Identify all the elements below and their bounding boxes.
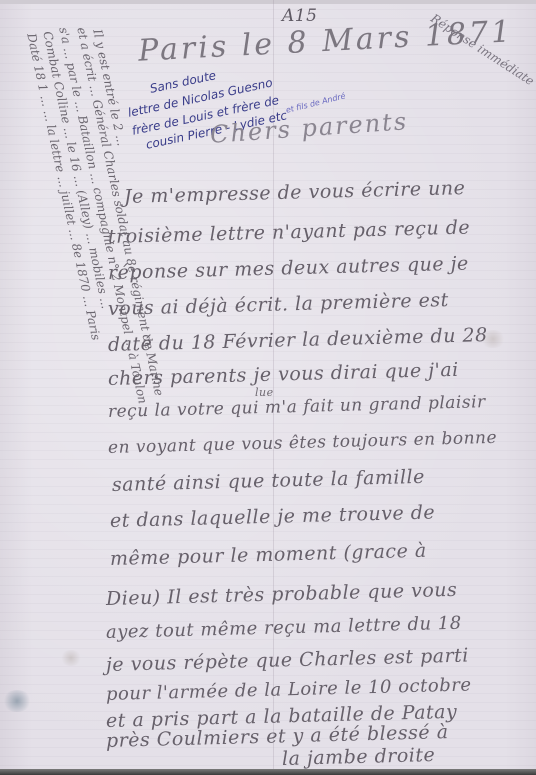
page-bottom-edge	[0, 769, 536, 775]
body-line: Dieu) Il est très probable que vous	[106, 579, 458, 610]
body-line: pour l'armée de la Loire le 10 octobre	[106, 674, 472, 705]
letter-page: A15 Paris le 8 Mars 1871 Réponse immédia…	[0, 0, 536, 775]
page-top-edge	[0, 0, 536, 4]
body-line: je vous répète que Charles est parti	[106, 645, 469, 676]
body-line: Je m'empresse de vous écrire une	[124, 177, 466, 208]
body-line: reçu la votre qui m'a fait un grand plai…	[108, 392, 486, 422]
body-line: réponse sur mes deux autres que je	[108, 253, 469, 284]
body-line: la jambe droite	[282, 744, 436, 770]
body-line: ayez tout même reçu ma lettre du 18	[106, 613, 462, 643]
body-line: et dans laquelle je me trouve de	[110, 501, 436, 532]
body-line: vous ai déjà écrit. la première est	[108, 289, 449, 320]
body-line: troisième lettre n'ayant pas reçu de	[108, 217, 471, 248]
body-line: même pour le moment (grace à	[110, 540, 427, 570]
paper-smudge	[480, 330, 506, 348]
body-line: en voyant que vous êtes toujours en bonn…	[108, 428, 498, 458]
body-line: santé ainsi que toute la famille	[112, 466, 425, 496]
page-number: A15	[282, 6, 317, 26]
paper-smudge	[60, 650, 82, 666]
body-line: daté du 18 Février la deuxième du 28	[108, 324, 488, 356]
ink-stain	[2, 690, 32, 712]
